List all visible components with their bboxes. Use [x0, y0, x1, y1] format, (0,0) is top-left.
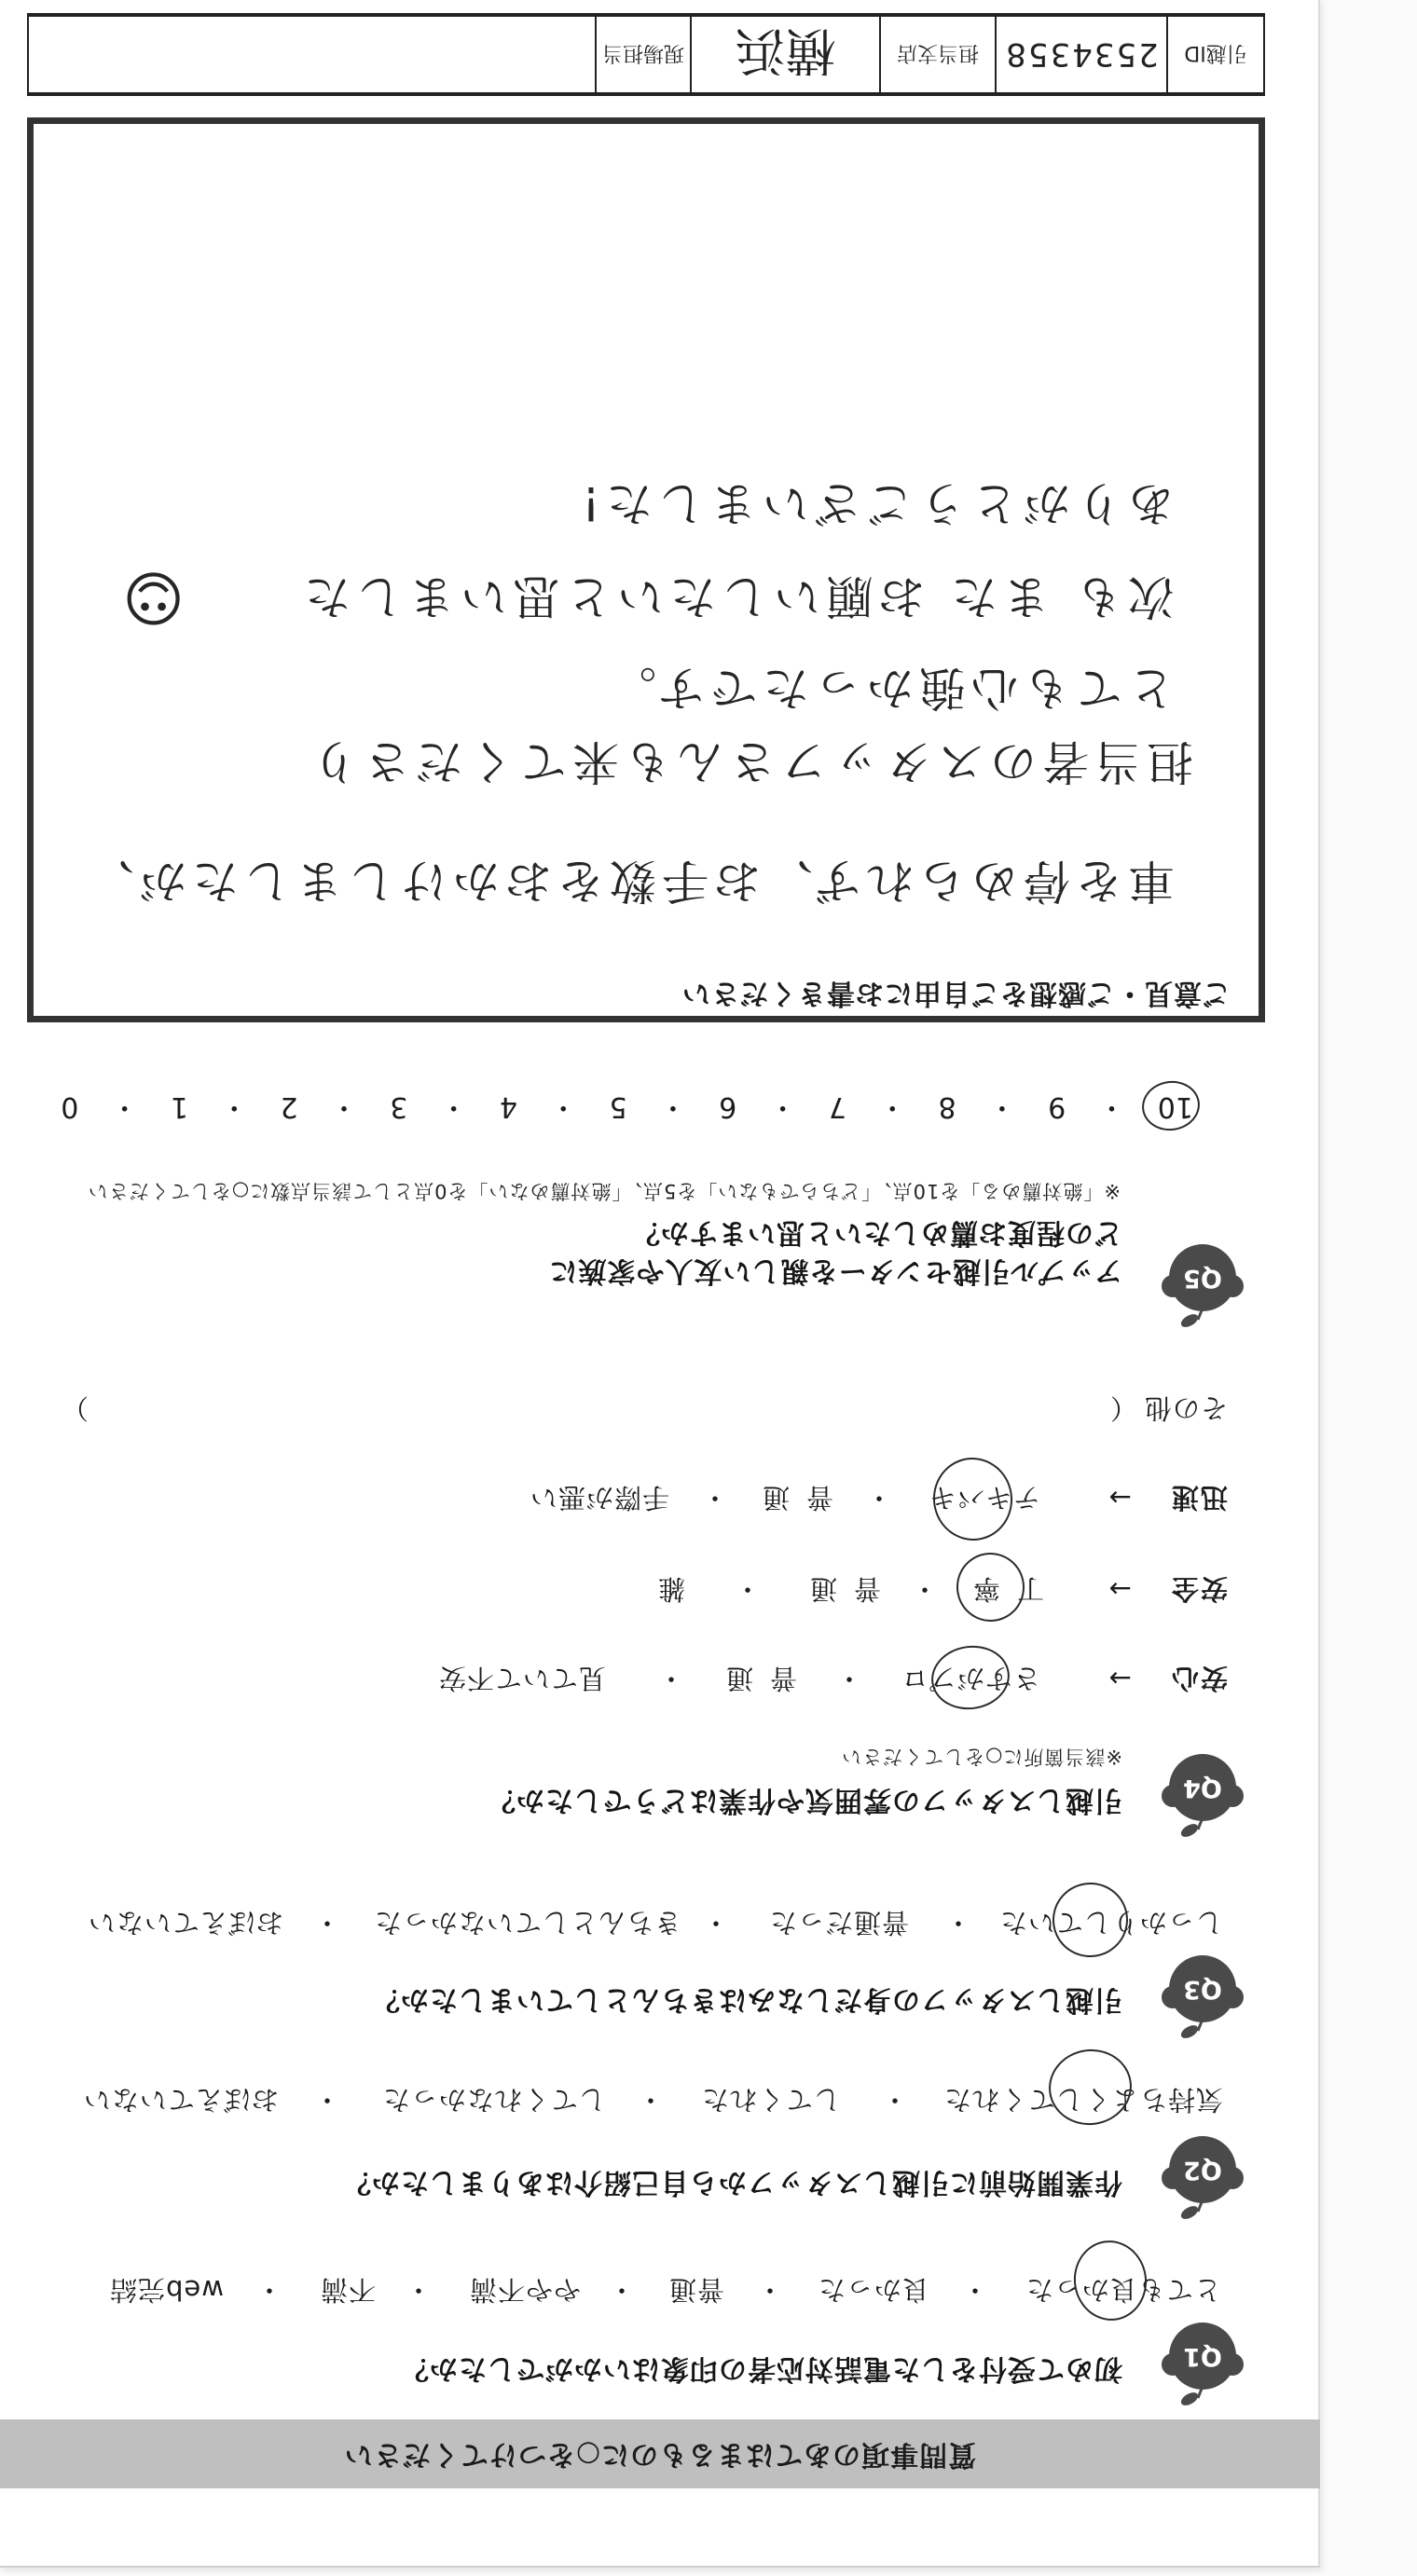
- separator-dot: ・: [881, 2084, 908, 2116]
- q4-other-open-paren: （: [1109, 1392, 1137, 1424]
- separator-dot: ・: [702, 1907, 729, 1939]
- q2-title: 作業開始前に引越しスタッフから自己紹介はありましたか？: [342, 2165, 1122, 2199]
- separator-dot: ・: [330, 1090, 358, 1122]
- q2-option: してくれた: [701, 2084, 841, 2116]
- q1-title: 初めて受付をした電話対応者の印象はいかがでしたか？: [400, 2351, 1122, 2385]
- q4-row-label: 安全: [1170, 1573, 1228, 1605]
- q1-badge-label: Q1: [1160, 2339, 1245, 2373]
- separator-dot: ・: [961, 2274, 988, 2306]
- q1-option: 良かった: [818, 2274, 929, 2306]
- separator-dot: ・: [944, 1907, 971, 1939]
- nps-score: 8: [939, 1090, 956, 1122]
- separator-dot: ・: [255, 2274, 282, 2306]
- separator-dot: ・: [111, 1090, 139, 1122]
- move-id-label-cell: 引越ID: [1166, 17, 1263, 92]
- q5-note: ※「絶対薦める」を10点、「どちらでもない」を5点、「絶対薦めない」を0点として…: [88, 1180, 1121, 1202]
- move-id-label: 引越ID: [1184, 40, 1246, 69]
- nps-score: 4: [500, 1090, 517, 1122]
- arrow-icon: →: [1108, 1482, 1132, 1514]
- q4-option: 普通: [746, 1482, 833, 1514]
- q1-option: 普通: [668, 2274, 724, 2306]
- site-staff-label-cell: 現場担当: [595, 17, 690, 92]
- separator-dot: ・: [657, 1663, 684, 1694]
- separator-dot: ・: [734, 1573, 761, 1605]
- separator-dot: ・: [865, 1482, 892, 1514]
- separator-dot: ・: [608, 2274, 635, 2306]
- q1-option: やや不満: [469, 2274, 581, 2306]
- smiley-face-icon: ☺: [122, 566, 185, 627]
- nps-scale: 10 ・ 9 ・ 8 ・ 7 ・ 6 ・ 5 ・ 4 ・ 3 ・ 2 ・ 1 ・…: [61, 1090, 1193, 1122]
- q2-option: してくれなかった: [382, 2084, 606, 2116]
- separator-dot: ・: [405, 2274, 432, 2306]
- nps-score: 1: [171, 1090, 188, 1122]
- q1-option: 不満: [320, 2274, 376, 2306]
- q4-row-label: 安心: [1170, 1663, 1228, 1694]
- separator-dot: ・: [220, 1090, 248, 1122]
- handwritten-comment-line: 車を停められず、お手数をおかけしましたが、: [82, 853, 1175, 909]
- separator-dot: ・: [769, 1090, 797, 1122]
- q2-option: おぼえていない: [83, 2084, 279, 2116]
- q4-option: 手際が悪い: [530, 1482, 669, 1514]
- separator-dot: ・: [835, 1663, 862, 1694]
- move-id-value-cell: 2534358: [995, 17, 1166, 92]
- separator-dot: ・: [313, 1907, 340, 1939]
- q4-other-close-paren: ）: [61, 1392, 89, 1424]
- separator-dot: ・: [878, 1090, 906, 1122]
- q3-option: 普通だった: [769, 1907, 909, 1939]
- separator-dot: ・: [911, 1573, 938, 1605]
- handwritten-comment-line: 担当者のスタッフさんも来てくださり: [306, 733, 1193, 789]
- instruction-bar: 質問事項のあてはまるものに○をつけてください: [0, 2419, 1320, 2488]
- q5-title-line1: アップル引越センターを親しい友人や家族に: [549, 1254, 1123, 1287]
- handwritten-comment-line: ありがとうございました!: [576, 475, 1175, 531]
- nps-score: 9: [1048, 1090, 1066, 1122]
- separator-dot: ・: [988, 1090, 1016, 1122]
- q4-badge: Q4: [1160, 1753, 1245, 1841]
- separator-dot: ・: [1098, 1090, 1126, 1122]
- separator-dot: ・: [756, 2274, 783, 2306]
- separator-dot: ・: [313, 2084, 340, 2116]
- branch-label: 担当支店: [897, 40, 979, 69]
- q4-badge-label: Q4: [1160, 1771, 1245, 1804]
- q3-option: おぼえていない: [88, 1907, 283, 1939]
- q4-note: ※該当箇所に○をしてください: [841, 1746, 1122, 1768]
- separator-dot: ・: [637, 2084, 664, 2116]
- nps-score: 3: [390, 1090, 407, 1122]
- q1-option: web完結: [109, 2274, 224, 2306]
- arrow-icon: →: [1108, 1573, 1132, 1605]
- separator-dot: ・: [549, 1090, 577, 1122]
- q3-badge: Q3: [1160, 1954, 1245, 2042]
- q5-badge: Q5: [1160, 1243, 1245, 1331]
- move-id-value: 2534358: [1004, 36, 1158, 74]
- site-staff-label: 現場担当: [602, 40, 684, 69]
- q3-option: きちんとしていなかった: [374, 1907, 681, 1939]
- q4-option: 普通: [793, 1573, 881, 1605]
- q5-badge-label: Q5: [1160, 1261, 1245, 1295]
- handwritten-comment-line: 次も また お願いしたいと思いました: [298, 569, 1175, 624]
- branch-label-cell: 担当支店: [879, 17, 995, 92]
- nps-score: 2: [281, 1090, 298, 1122]
- nps-score: 5: [610, 1090, 627, 1122]
- separator-dot: ・: [440, 1090, 468, 1122]
- separator-dot: ・: [701, 1482, 728, 1514]
- q2-badge-label: Q2: [1160, 2153, 1245, 2186]
- scanned-survey-page: 質問事項のあてはまるものに○をつけてください Q1 初めて受付をした電話対応者の…: [0, 0, 1417, 2576]
- q2-badge: Q2: [1160, 2135, 1245, 2223]
- q3-badge-label: Q3: [1160, 1972, 1245, 2006]
- nps-score: 0: [61, 1090, 78, 1122]
- move-info-table: 引越ID 2534358 担当支店 横浜 現場担当: [27, 13, 1265, 96]
- q5-title-line2: どの程度お薦めしたいと思いますか？: [631, 1215, 1122, 1249]
- q4-option: 雑: [657, 1573, 685, 1605]
- handwritten-comment-line: とても心強かったです。: [604, 660, 1175, 716]
- q4-option: 普通: [709, 1663, 797, 1694]
- q1-badge: Q1: [1160, 2322, 1245, 2409]
- comment-box-label: ご意見・ご感想をご自由にお書きください: [681, 977, 1231, 1008]
- q3-title: 引越しスタッフの身だしなみはきちんとしていましたか？: [371, 1982, 1122, 2016]
- separator-dot: ・: [659, 1090, 687, 1122]
- q4-option: 見ていて不安: [438, 1663, 606, 1694]
- q4-other-label: その他: [1144, 1392, 1228, 1424]
- site-staff-value-cell: [29, 17, 595, 92]
- nps-score: 7: [829, 1090, 846, 1122]
- nps-score: 6: [719, 1090, 736, 1122]
- branch-value-cell: 横浜: [690, 17, 879, 92]
- q4-row-label: 迅速: [1170, 1482, 1228, 1514]
- q4-title: 引越しスタッフの雰囲気や作業はどうでしたか？: [487, 1783, 1122, 1816]
- branch-value: 横浜: [736, 19, 836, 90]
- arrow-icon: →: [1108, 1663, 1132, 1694]
